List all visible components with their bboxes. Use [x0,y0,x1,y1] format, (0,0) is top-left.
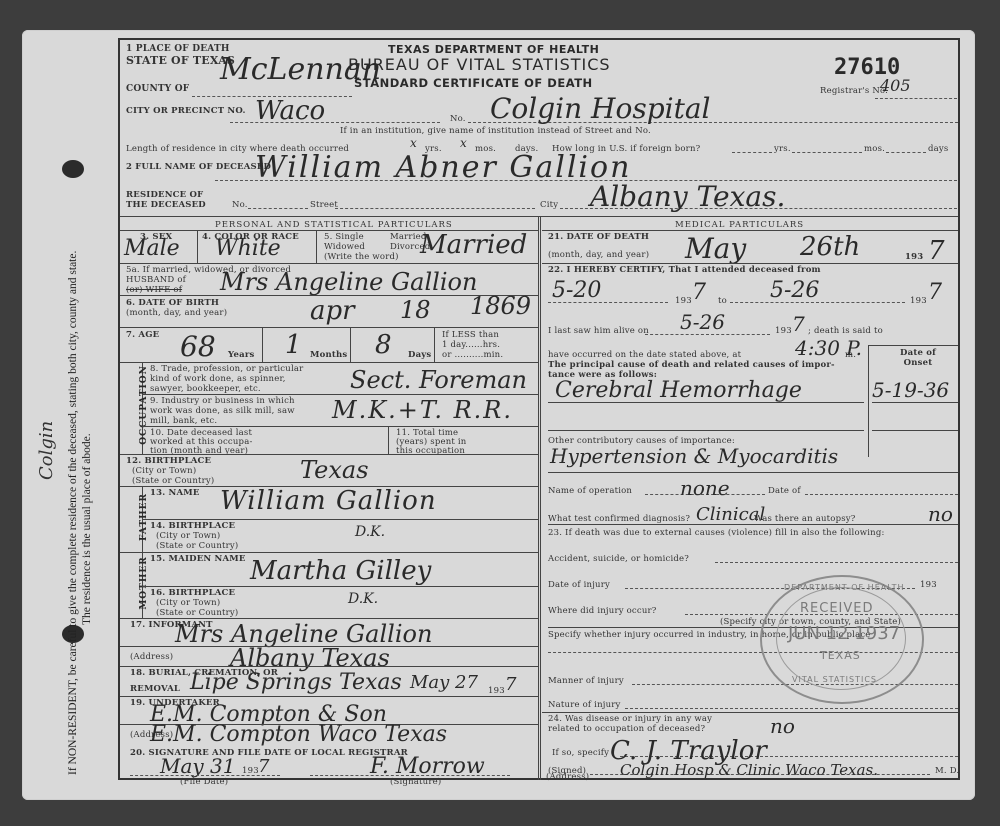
trade-label-3: sawyer, bookkeeper, etc. [150,384,261,394]
residence-months: x [460,136,467,150]
mother-birthplace-label-3: (State or Country) [156,608,238,618]
received-stamp: DEPARTMENT OF HEALTH RECEIVED JUN 12 193… [760,575,924,704]
mother-name-label: 15. MAIDEN NAME [150,554,246,564]
dob-label: 6. DATE OF BIRTH [126,298,219,308]
foreign-mos-label: mos. [864,144,885,154]
date-of-death-label: 21. DATE OF DEATH [548,232,649,242]
burial-year-suffix: 7 [505,674,516,695]
m-label: m. [845,350,856,360]
father-name-value: William Gallion [220,486,437,516]
age-months-value: 1 [285,330,302,360]
full-name-value: William Abner Gallion [255,150,631,185]
burial-year-prefix: 193 [488,686,505,696]
mother-birthplace-label-1: 16. BIRTHPLACE [150,588,235,598]
attended-from-year-suffix: 7 [692,280,706,305]
form-title: STANDARD CERTIFICATE OF DEATH [354,76,593,90]
mother-birthplace-label-2: (City or Town) [156,598,220,608]
occurred-label: have occurred on the date stated above, … [548,350,741,360]
operation-value: none [680,476,730,500]
file-date-label: (File Date) [180,777,228,787]
less-than-label-2: 1 day......hrs. [442,340,500,350]
stamp-top-text: DEPARTMENT OF HEALTH [784,583,904,592]
trade-label-2: kind of work done, as spinner, [150,374,286,384]
trade-label-1: 8. Trade, profession, or particular [150,364,303,374]
operation-date-label: Date of [768,486,801,496]
attended-from-value: 5-20 [552,278,601,303]
full-name-label: 2 FULL NAME OF DECEASED [126,162,271,172]
foreign-yrs-label: yrs. [774,144,791,154]
death-day-value: 26th [800,232,860,262]
industry-label-3: mill, bank, etc. [150,416,217,426]
margin-handwritten-note: Colgin [36,421,57,480]
death-month-value: May [685,232,746,265]
death-year-prefix: 193 [905,252,923,262]
marital-status-value: Married [420,230,527,260]
attended-from-year-prefix: 193 [675,296,692,306]
physician-address-value: Colgin Hosp & Clinic Waco Texas. [620,762,920,778]
spouse-label-2: HUSBAND of [126,275,186,285]
removal-label: REMOVAL [130,684,180,694]
dob-year: 1869 [470,292,531,320]
death-said-label: ; death is said to [808,326,883,336]
margin-note-line-1: If NON-RESIDENT, be careful to give the … [67,251,79,775]
state-label: STATE OF TEXAS [126,54,235,67]
medical-section-title: MEDICAL PARTICULARS [675,220,804,230]
residence-street-label: Street [310,200,338,210]
burial-date-value: May 27 [410,672,478,693]
color-value: White [215,236,281,261]
county-label: COUNTY OF [126,84,189,94]
cause-label-1: The principal cause of death and related… [548,360,835,370]
marital-label-write: (Write the word) [324,252,399,262]
registrar-number: 405 [880,76,911,95]
autopsy-label: Was there an autopsy? [754,514,856,524]
industry-label-1: 9. Industry or business in which [150,396,295,406]
nonresident-margin-note: If NON-RESIDENT, be careful to give the … [66,15,94,775]
birthplace-value: Texas [300,456,369,484]
stamp-state-text: TEXAS [820,649,861,662]
age-months-label: Months [310,350,347,360]
trade-value: Sect. Foreman [350,366,527,394]
related-label-1: 24. Was disease or injury in any way [548,714,712,724]
bureau-title: BUREAU OF VITAL STATISTICS [348,55,611,74]
residence-label: RESIDENCE OF THE DECEASED [126,190,216,210]
if-so-label: If so, specify [552,748,609,758]
contributory-value: Hypertension & Myocarditis [550,444,838,468]
mother-birthplace-value: D.K. [348,591,378,607]
age-label: 7. AGE [126,330,159,340]
death-year-suffix: 7 [928,236,945,266]
dob-sub-label: (month, day, and year) [126,308,227,318]
residence-no-label: No. [232,200,248,210]
sex-value: Male [124,236,180,261]
margin-note-line-2: The residence is the usual place of abod… [80,15,94,775]
occupation-side-label: OCCUPATION [139,355,149,455]
manner-label: Manner of injury [548,676,624,686]
nature-label: Nature of injury [548,700,621,710]
signature-label: (Signature) [390,777,441,787]
residence-city-value: Albany Texas. [590,180,785,213]
age-years-value: 68 [180,330,216,363]
county-value: McLennan [220,52,381,87]
institution-value: Colgin Hospital [490,92,710,125]
accident-label: Accident, suicide, or homicide? [548,554,689,564]
father-side-label: FATHER [139,479,149,555]
father-birthplace-label-3: (State or Country) [156,541,238,551]
city-value: Waco [255,96,325,126]
autopsy-value: no [928,502,953,526]
father-birthplace-label-2: (City or Town) [156,531,220,541]
md-label: M. D. [935,766,959,776]
burial-place-value: Lipe Springs Texas [190,670,402,695]
injury-year-prefix: 193 [920,580,937,590]
father-birthplace-value: D.K. [355,524,385,540]
marital-label-widowed: Widowed [324,242,365,252]
related-value: no [770,714,795,738]
stamp-received-text: RECEIVED [800,601,874,616]
personal-section-title: PERSONAL AND STATISTICAL PARTICULARS [215,220,453,230]
physician-address-label: (Address) [546,772,589,782]
last-saw-year-prefix: 193 [775,326,792,336]
injury-where-label: Where did injury occur? [548,606,657,616]
diagnosis-label: What test confirmed diagnosis? [548,514,690,524]
age-years-label: Years [228,350,255,360]
birthplace-label-2: (City or Town) [132,466,196,476]
residence-years: x [410,136,417,150]
spouse-value: Mrs Angeline Gallion [220,268,477,296]
attended-to-year-prefix: 193 [910,296,927,306]
dob-month: apr [310,296,355,326]
onset-label: Date of Onset [888,348,948,368]
stamp-date-text: JUN 12 1937 [788,623,900,644]
less-than-label-3: or ..........min. [442,350,503,360]
age-days-value: 8 [375,330,392,360]
last-saw-label: I last saw him alive on [548,326,649,336]
dob-day: 18 [400,296,431,324]
father-name-label: 13. NAME [150,488,200,498]
external-label: 23. If death was due to external causes … [548,528,885,538]
birthplace-label-1: 12. BIRTHPLACE [126,456,211,466]
city-label: CITY OR PRECINCT NO. [126,106,246,116]
operation-label: Name of operation [548,486,632,496]
file-year-suffix: 7 [258,756,269,777]
attended-to-year-suffix: 7 [928,280,942,305]
no-label: No. [450,114,466,124]
attended-to-value: 5-26 [770,278,819,303]
less-than-label-1: If LESS than [442,330,499,340]
industry-value: M.K.+T. R.R. [332,396,513,424]
last-saw-year-suffix: 7 [792,312,805,336]
injury-date-label: Date of injury [548,580,610,590]
stamp-bottom-text: VITAL STATISTICS [792,675,877,684]
spouse-label-3: (or) WIFE of [126,285,182,295]
undertaker-address-value: E.M. Compton Waco Texas [150,722,447,747]
institution-note: If in an institution, give name of insti… [340,126,651,136]
certify-label: 22. I HEREBY CERTIFY, That I attended de… [548,265,821,275]
to-label: to [718,296,727,306]
father-birthplace-label-1: 14. BIRTHPLACE [150,521,235,531]
mother-side-label: MOTHER [139,545,149,621]
mother-name-value: Martha Gilley [250,556,431,586]
principal-cause-value: Cerebral Hemorrhage [555,378,802,403]
related-label-2: related to occupation of deceased? [548,724,705,734]
registrar-no-label: Registrar's No. [820,86,888,96]
age-days-label: Days [408,350,431,360]
informant-address-label: (Address) [130,652,173,662]
industry-label-2: work was done, as silk mill, saw [150,406,295,416]
onset-date-value: 5-19-36 [872,378,949,402]
marital-label-single: 5. Single [324,232,364,242]
place-of-death-label: 1 PLACE OF DEATH [126,44,230,54]
date-of-death-sub: (month, day, and year) [548,250,649,260]
foreign-days-label: days [928,144,948,154]
residence-city-label: City [540,200,558,210]
last-saw-value: 5-26 [680,310,725,334]
